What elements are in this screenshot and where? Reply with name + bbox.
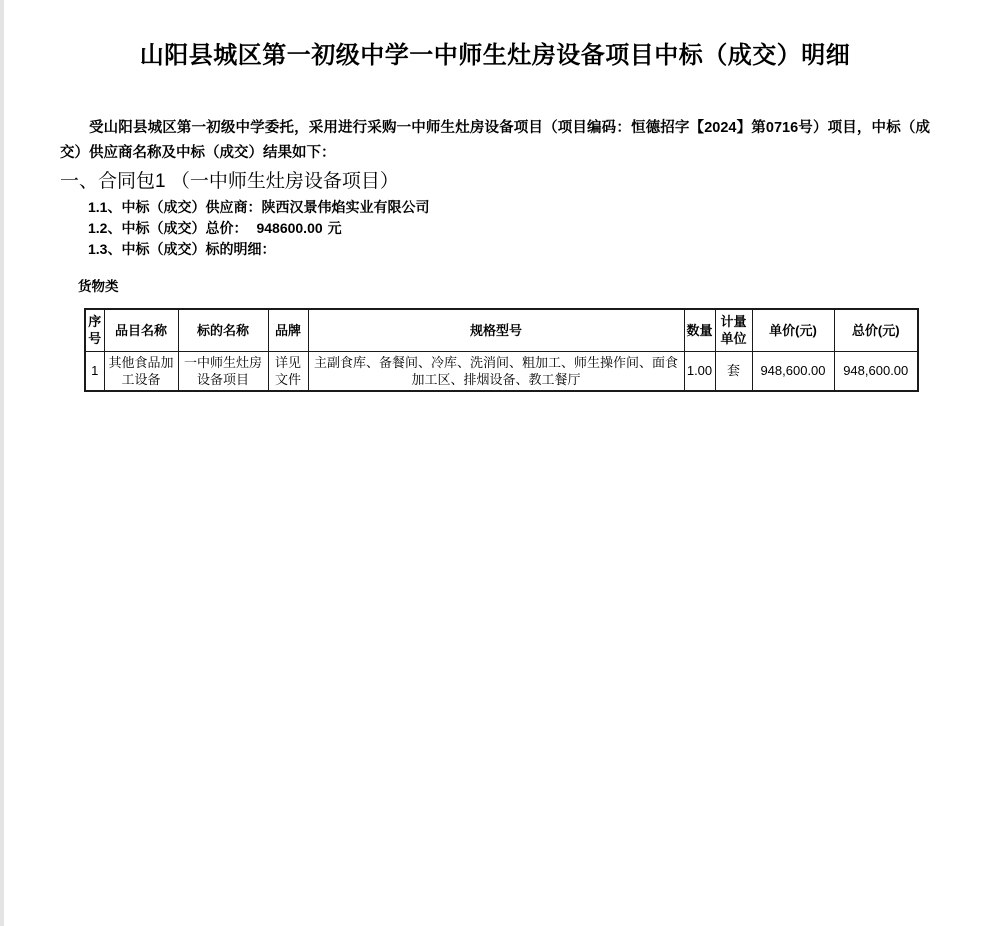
header-cell-quantity: 数量 — [684, 309, 715, 351]
award-items-list: 1.1、中标（成交）供应商：陕西汉景伟焰实业有限公司 1.2、中标（成交）总价：… — [88, 197, 930, 260]
header-cell-brand: 品牌 — [268, 309, 308, 351]
header-cell-unit-price: 单价(元) — [752, 309, 834, 351]
detail-line: 1.3、中标（成交）标的明细： — [88, 239, 930, 260]
cell-seq-no: 1 — [85, 351, 104, 391]
detail-label: 1.3、中标（成交）标的明细： — [88, 241, 275, 257]
cell-brand: 详见文件 — [268, 351, 308, 391]
page-title: 山阳县城区第一初级中学一中师生灶房设备项目中标（成交）明细 — [60, 42, 930, 70]
total-price-label: 1.2、中标（成交）总价： — [88, 220, 247, 236]
intro-paragraph: 受山阳县城区第一初级中学委托，采用进行采购一中师生灶房设备项目（项目编码：恒德招… — [60, 116, 930, 166]
awarded-items-table: 序号 品目名称 标的名称 品牌 规格型号 数量 计量单位 单价(元) 总价(元)… — [84, 308, 919, 392]
header-cell-item-name: 品目名称 — [104, 309, 178, 351]
cell-unit: 套 — [715, 351, 752, 391]
total-price-value: 948600.00 — [256, 220, 322, 236]
page-left-edge-strip — [0, 0, 4, 926]
category-label-goods: 货物类 — [78, 275, 930, 295]
supplier-label: 1.1、中标（成交）供应商： — [88, 199, 261, 215]
table-header-row: 序号 品目名称 标的名称 品牌 规格型号 数量 计量单位 单价(元) 总价(元) — [85, 309, 918, 351]
header-cell-subject-name: 标的名称 — [178, 309, 268, 351]
document-page: 山阳县城区第一初级中学一中师生灶房设备项目中标（成交）明细 受山阳县城区第一初级… — [0, 0, 994, 392]
header-cell-unit: 计量单位 — [715, 309, 752, 351]
table-row: 1 其他食品加工设备 一中师生灶房设备项目 详见文件 主副食库、备餐间、冷库、洗… — [85, 351, 918, 391]
total-price-unit: 元 — [328, 220, 342, 236]
header-cell-spec-model: 规格型号 — [308, 309, 684, 351]
header-cell-seq-no: 序号 — [85, 309, 104, 351]
supplier-line: 1.1、中标（成交）供应商：陕西汉景伟焰实业有限公司 — [88, 197, 930, 218]
cell-subject-name: 一中师生灶房设备项目 — [178, 351, 268, 391]
cell-spec-model: 主副食库、备餐间、冷库、洗消间、粗加工、师生操作间、面食加工区、排烟设备、教工餐… — [308, 351, 684, 391]
cell-quantity: 1.00 — [684, 351, 715, 391]
cell-total-price: 948,600.00 — [834, 351, 918, 391]
supplier-value: 陕西汉景伟焰实业有限公司 — [261, 199, 429, 215]
cell-item-name: 其他食品加工设备 — [104, 351, 178, 391]
total-price-line: 1.2、中标（成交）总价：948600.00元 — [88, 218, 930, 239]
header-cell-total-price: 总价(元) — [834, 309, 918, 351]
cell-unit-price: 948,600.00 — [752, 351, 834, 391]
section-heading-contract-package: 一、合同包1 （一中师生灶房设备项目） — [60, 170, 930, 194]
